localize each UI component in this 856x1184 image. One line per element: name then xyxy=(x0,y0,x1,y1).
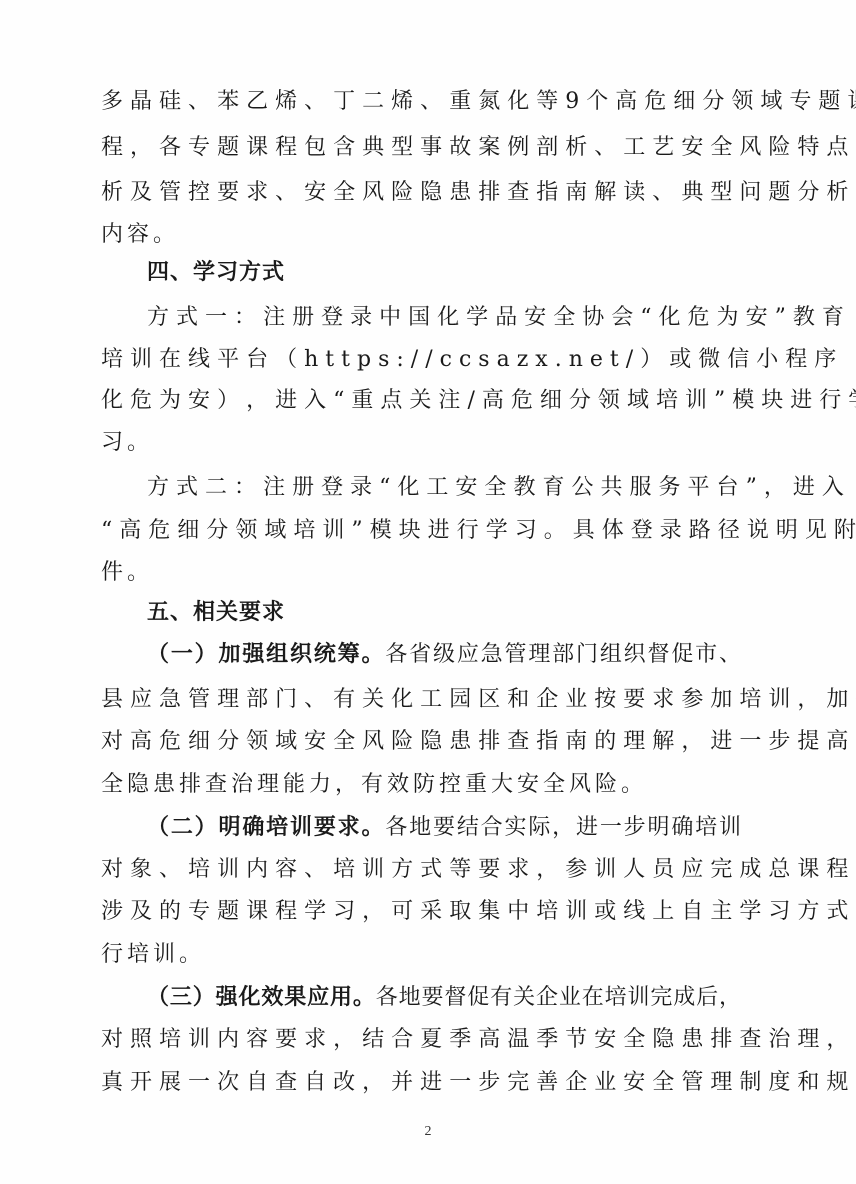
item2-line: 涉​ 及​ 的​ 专​ 题​ 课​ 程​ 学​ 习​ ，​ 可​ 采​ 取​ 集… xyxy=(101,897,741,927)
item2-title: （二）明确培训要求。 xyxy=(147,815,385,840)
method1-line: 习。 xyxy=(101,428,741,458)
section-heading-learning-methods: 四、学习方式 xyxy=(147,258,741,288)
item2-line: 行培训。 xyxy=(101,940,741,970)
section-heading-requirements: 五、相关要求 xyxy=(147,598,741,628)
item1-line: 全隐患排查治理能力，有效防控重大安全风险。 xyxy=(101,770,741,800)
item2-line: 对​ 象​ 、​ 培​ 训​ 内​ 容​ 、​ 培​ 训​ 方​ 式​ 等​ 要… xyxy=(101,855,741,885)
method1-line: 方​ 式​ 一​ ：​ 注​ 册​ 登​ 录​ 中​ 国​ 化​ 学​ 品​ 安… xyxy=(147,303,741,333)
item2-first-line: （二）明确培训要求。各地要结合实际，进一步明确培训 xyxy=(147,813,741,843)
body-line: 内容。 xyxy=(101,220,741,250)
item3-line: 对​ 照​ 培​ 训​ 内​ 容​ 要​ 求​ ，​ 结​ 合​ 夏​ 季​ 高… xyxy=(101,1025,741,1055)
item3-text: 各地要督促有关企业在培训完成后， xyxy=(376,985,741,1010)
method1-line: 培​ 训​ 在​ 线​ 平​ 台​ （​ h​ t​ t​ p​ s​ :​ /… xyxy=(101,345,741,375)
method2-line: “​ 高​ 危​ 细​ 分​ 领​ 域​ 培​ 训​ ”​ 模​ 块​ 进​ 行… xyxy=(101,516,741,546)
item1-title: （一）加强组织统筹。 xyxy=(147,642,385,667)
item1-first-line: （一）加强组织统筹。各省级应急管理部门组织督促市、 xyxy=(147,640,741,670)
document-page: 多​ 晶​ 硅​ 、​ 苯​ 乙​ 烯​ 、​ 丁​ 二​ 烯​ 、​ 重​ 氮… xyxy=(0,0,856,1184)
item3-first-line: （三）强化效果应用。各地要督促有关企业在培训完成后， xyxy=(147,983,741,1013)
body-line: 析​ 及​ 管​ 控​ 要​ 求​ 、​ 安​ 全​ 风​ 险​ 隐​ 患​ 排… xyxy=(101,178,741,208)
item1-text: 各省级应急管理部门组织督促市、 xyxy=(385,642,741,667)
method2-line: 件。 xyxy=(101,558,741,588)
item1-line: 县​ 应​ 急​ 管​ 理​ 部​ 门​ 、​ 有​ 关​ 化​ 工​ 园​ 区… xyxy=(101,685,741,715)
method2-line: 方​ 式​ 二​ ：​ 注​ 册​ 登​ 录​ “​ 化​ 工​ 安​ 全​ 教… xyxy=(147,473,741,503)
item2-text: 各地要结合实际，进一步明确培训 xyxy=(385,815,741,840)
item3-line: 真​ 开​ 展​ 一​ 次​ 自​ 查​ 自​ 改​ ，​ 并​ 进​ 一​ 步… xyxy=(101,1068,741,1098)
body-line: 多​ 晶​ 硅​ 、​ 苯​ 乙​ 烯​ 、​ 丁​ 二​ 烯​ 、​ 重​ 氮… xyxy=(101,87,741,117)
page-number: 2 xyxy=(418,1124,438,1140)
body-line: 程​ ，​ 各​ 专​ 题​ 课​ 程​ 包​ 含​ 典​ 型​ 事​ 故​ 案… xyxy=(101,133,741,163)
item3-title: （三）强化效果应用。 xyxy=(147,985,376,1010)
method1-line: 化​ 危​ 为​ 安​ ）​ ，​ 进​ 入​ “​ 重​ 点​ 关​ 注​ /… xyxy=(101,386,741,416)
item1-line: 对​ 高​ 危​ 细​ 分​ 领​ 域​ 安​ 全​ 风​ 险​ 隐​ 患​ 排… xyxy=(101,727,741,757)
